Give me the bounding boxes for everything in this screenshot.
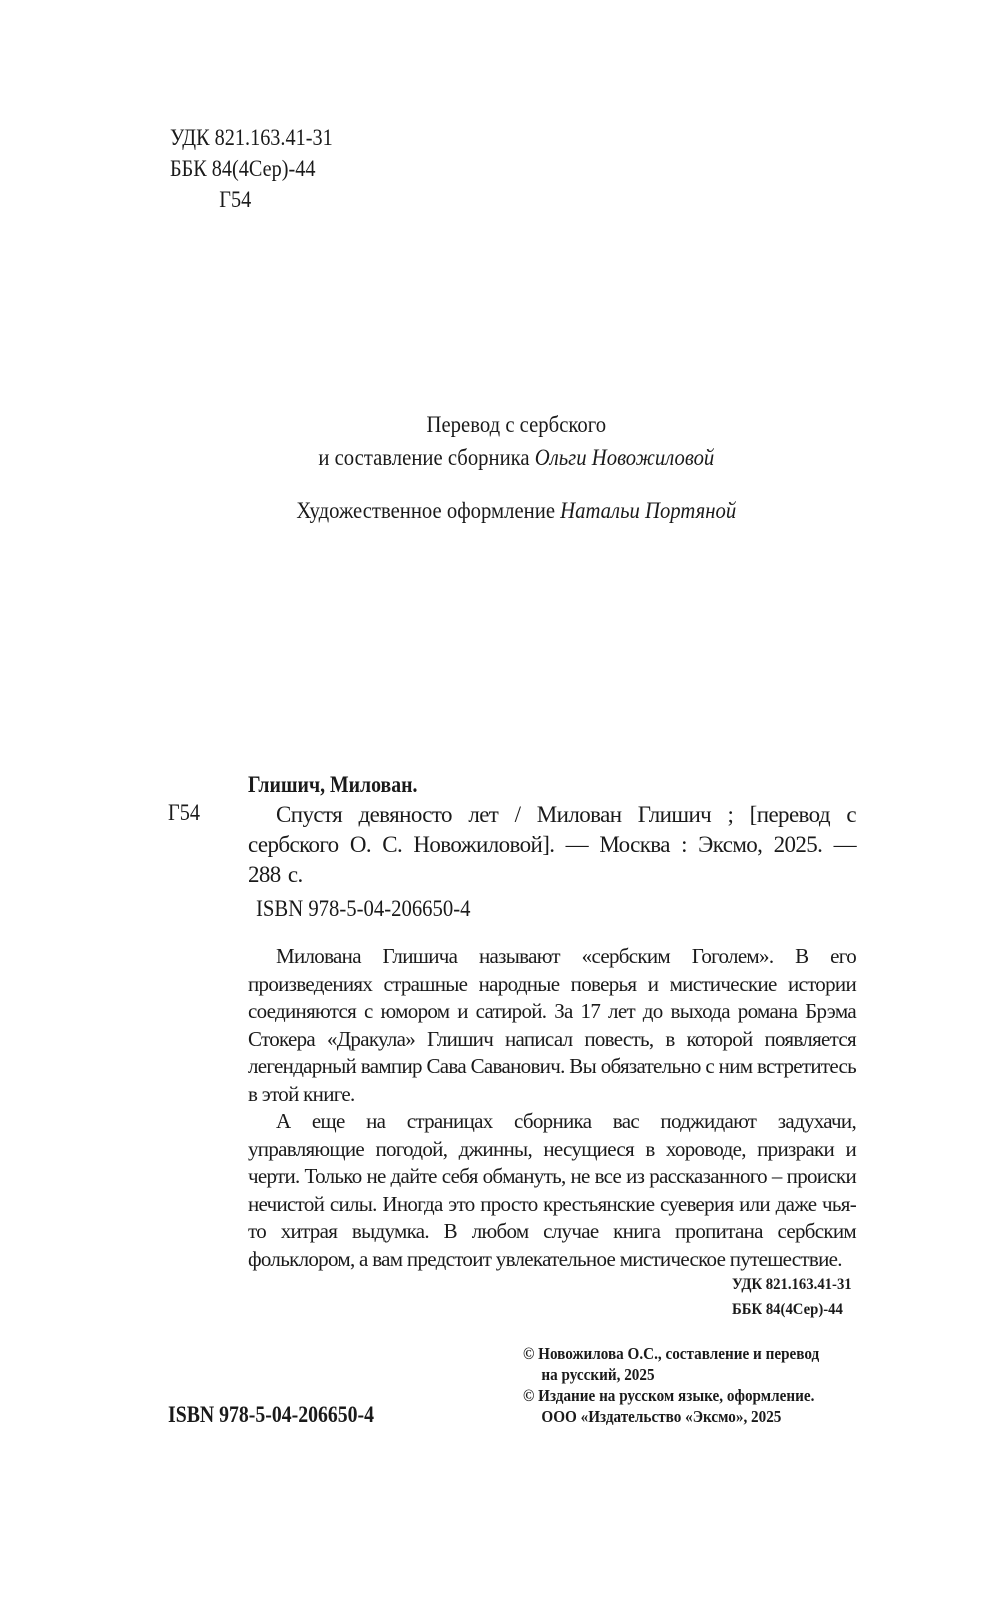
record-author: Глишич, Милован. [248,770,417,800]
bbk-code-bottom: ББК 84(4Сер)-44 [732,1297,852,1322]
design-credit-prefix: Художественное оформление [296,498,560,523]
copyright-block: © Новожилова О.С., составление и перевод… [523,1343,819,1427]
designer-name: Натальи Портяной [560,498,736,523]
bibliographic-record: Глишич, Милован. Спустя девяносто лет / … [248,770,912,890]
copyright-line: на русский, 2025 [523,1364,819,1385]
udk-code-bottom: УДК 821.163.41-31 [732,1272,852,1297]
translation-credit-prefix: и составление сборника [318,445,534,470]
record-entry: Спустя девяносто лет / Милован Глишич ; … [248,800,856,890]
credits-block: Перевод с сербского и составление сборни… [0,408,1000,527]
translation-credit-line2: и составление сборника Ольги Новожиловой [296,441,736,474]
isbn-bottom: ISBN 978-5-04-206650-4 [168,1402,374,1428]
design-credit: Художественное оформление Натальи Портян… [296,494,736,527]
bbk-code: ББК 84(4Сер)-44 [170,153,333,184]
author-mark: Г54 [170,184,333,215]
annotation: Милована Глишича называют «сербским Гого… [248,943,856,1273]
translation-credit-line1: Перевод с сербского [296,408,736,441]
annotation-paragraph: А еще на страницах сборника вас поджидаю… [248,1108,856,1273]
copyright-line: ООО «Издательство «Эксмо», 2025 [523,1406,819,1427]
classification-codes-top: УДК 821.163.41-31 ББК 84(4Сер)-44 Г54 [170,122,333,215]
record-author-mark: Г54 [168,800,200,826]
copyright-line: © Издание на русском языке, оформление. [523,1385,819,1406]
annotation-paragraph: Милована Глишича называют «сербским Гого… [248,943,856,1108]
copyright-line: © Новожилова О.С., составление и перевод [523,1343,819,1364]
translator-name: Ольги Новожиловой [534,445,713,470]
udk-code: УДК 821.163.41-31 [170,122,333,153]
classification-codes-bottom: УДК 821.163.41-31 ББК 84(4Сер)-44 [732,1272,852,1322]
record-isbn: ISBN 978-5-04-206650-4 [256,896,470,922]
